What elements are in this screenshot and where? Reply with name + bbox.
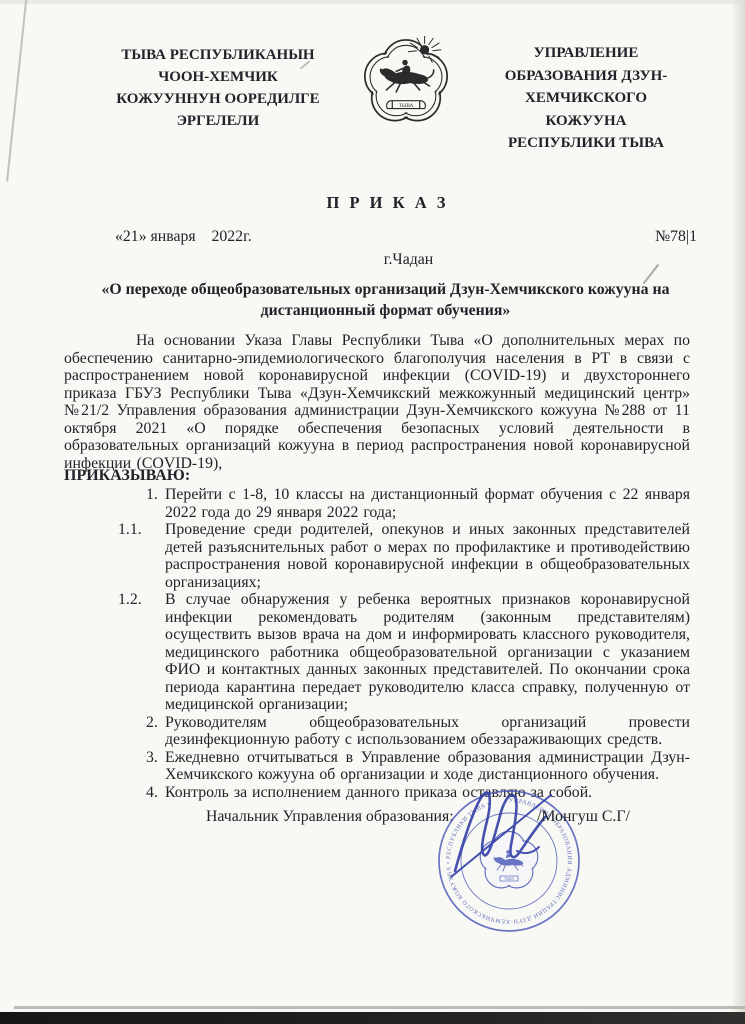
scanned-order-document: ТЫВА РЕСПУБЛИКАНЫН ЧООН-ХЕМЧИК КОЖУУННУН…	[0, 0, 745, 1024]
letterhead-right-line: ХЕМЧИКСКОГО	[486, 87, 686, 110]
order-date: «21» января 2022г.	[115, 228, 252, 246]
tyva-emblem-icon: ТЫВА	[357, 33, 455, 141]
letterhead-left-org: ТЫВА РЕСПУБЛИКАНЫН ЧООН-ХЕМЧИК КОЖУУННУН…	[112, 44, 324, 132]
item-text: Перейти с 1-8, 10 классы на дистанционны…	[165, 486, 690, 521]
item-text: Проведение среди родителей, опекунов и и…	[165, 521, 690, 591]
letterhead-left-line: КОЖУУННУН ООРЕДИЛГЕ	[112, 88, 324, 110]
date-row: «21» января 2022г. №78|1	[115, 228, 697, 246]
order-subject: «О переходе общеобразовательных организа…	[78, 280, 693, 321]
item-number: 4.	[118, 784, 165, 802]
letterhead-right-line: КОЖУУНА	[486, 110, 686, 133]
scan-edge-bottom	[0, 1012, 745, 1024]
order-preamble: На основании Указа Главы Республики Тыва…	[64, 332, 690, 472]
letterhead-right-line: УПРАВЛЕНИЕ	[486, 42, 686, 65]
signature-label: Начальник Управления образования:	[206, 808, 454, 826]
list-item: 1.2. В случае обнаружения у ребенка веро…	[118, 591, 690, 714]
letterhead-left-line: ТЫВА РЕСПУБЛИКАНЫН	[112, 44, 324, 66]
letterhead-left-line: ЭРГЕЛЕЛИ	[112, 110, 324, 132]
item-text: Руководителям общеобразовательных органи…	[165, 714, 690, 749]
emblem-ribbon-text: ТЫВА	[399, 103, 414, 109]
letterhead-right-line: РЕСПУБЛИКИ ТЫВА	[486, 132, 686, 155]
list-item: 1. Перейти с 1-8, 10 классы на дистанцио…	[118, 486, 690, 521]
list-item: 3. Ежедневно отчитываться в Управление о…	[118, 749, 690, 784]
order-title: П Р И К А З	[0, 193, 745, 213]
item-text: В случае обнаружения у ребенка вероятных…	[165, 591, 690, 714]
scan-edge-right	[731, 0, 745, 1024]
item-number: 1.	[118, 486, 165, 521]
signature-name: /Монгуш С.Г/	[537, 808, 630, 826]
order-number: №78|1	[655, 228, 697, 246]
order-keyword: ПРИКАЗЫВАЮ:	[64, 467, 190, 485]
scan-edge-top	[0, 0, 745, 4]
handwritten-signature	[425, 765, 595, 890]
item-number: 1.2.	[118, 591, 165, 714]
item-number: 1.1.	[118, 521, 165, 591]
list-item: 4. Контроль за исполнением данного прика…	[118, 784, 690, 802]
order-items-list: 1. Перейти с 1-8, 10 классы на дистанцио…	[118, 486, 690, 801]
item-number: 2.	[118, 714, 165, 749]
list-item: 1.1. Проведение среди родителей, опекуно…	[118, 521, 690, 591]
letterhead-right-org: УПРАВЛЕНИЕ ОБРАЗОВАНИЯ ДЗУН- ХЕМЧИКСКОГО…	[486, 42, 686, 155]
order-city: г.Чадан	[0, 251, 745, 269]
letterhead-right-line: ОБРАЗОВАНИЯ ДЗУН-	[486, 65, 686, 88]
letterhead-left-line: ЧООН-ХЕМЧИК	[112, 66, 324, 88]
scan-edge-bottom-line	[14, 1006, 745, 1009]
list-item: 2. Руководителям общеобразовательных орг…	[118, 714, 690, 749]
item-number: 3.	[118, 749, 165, 784]
